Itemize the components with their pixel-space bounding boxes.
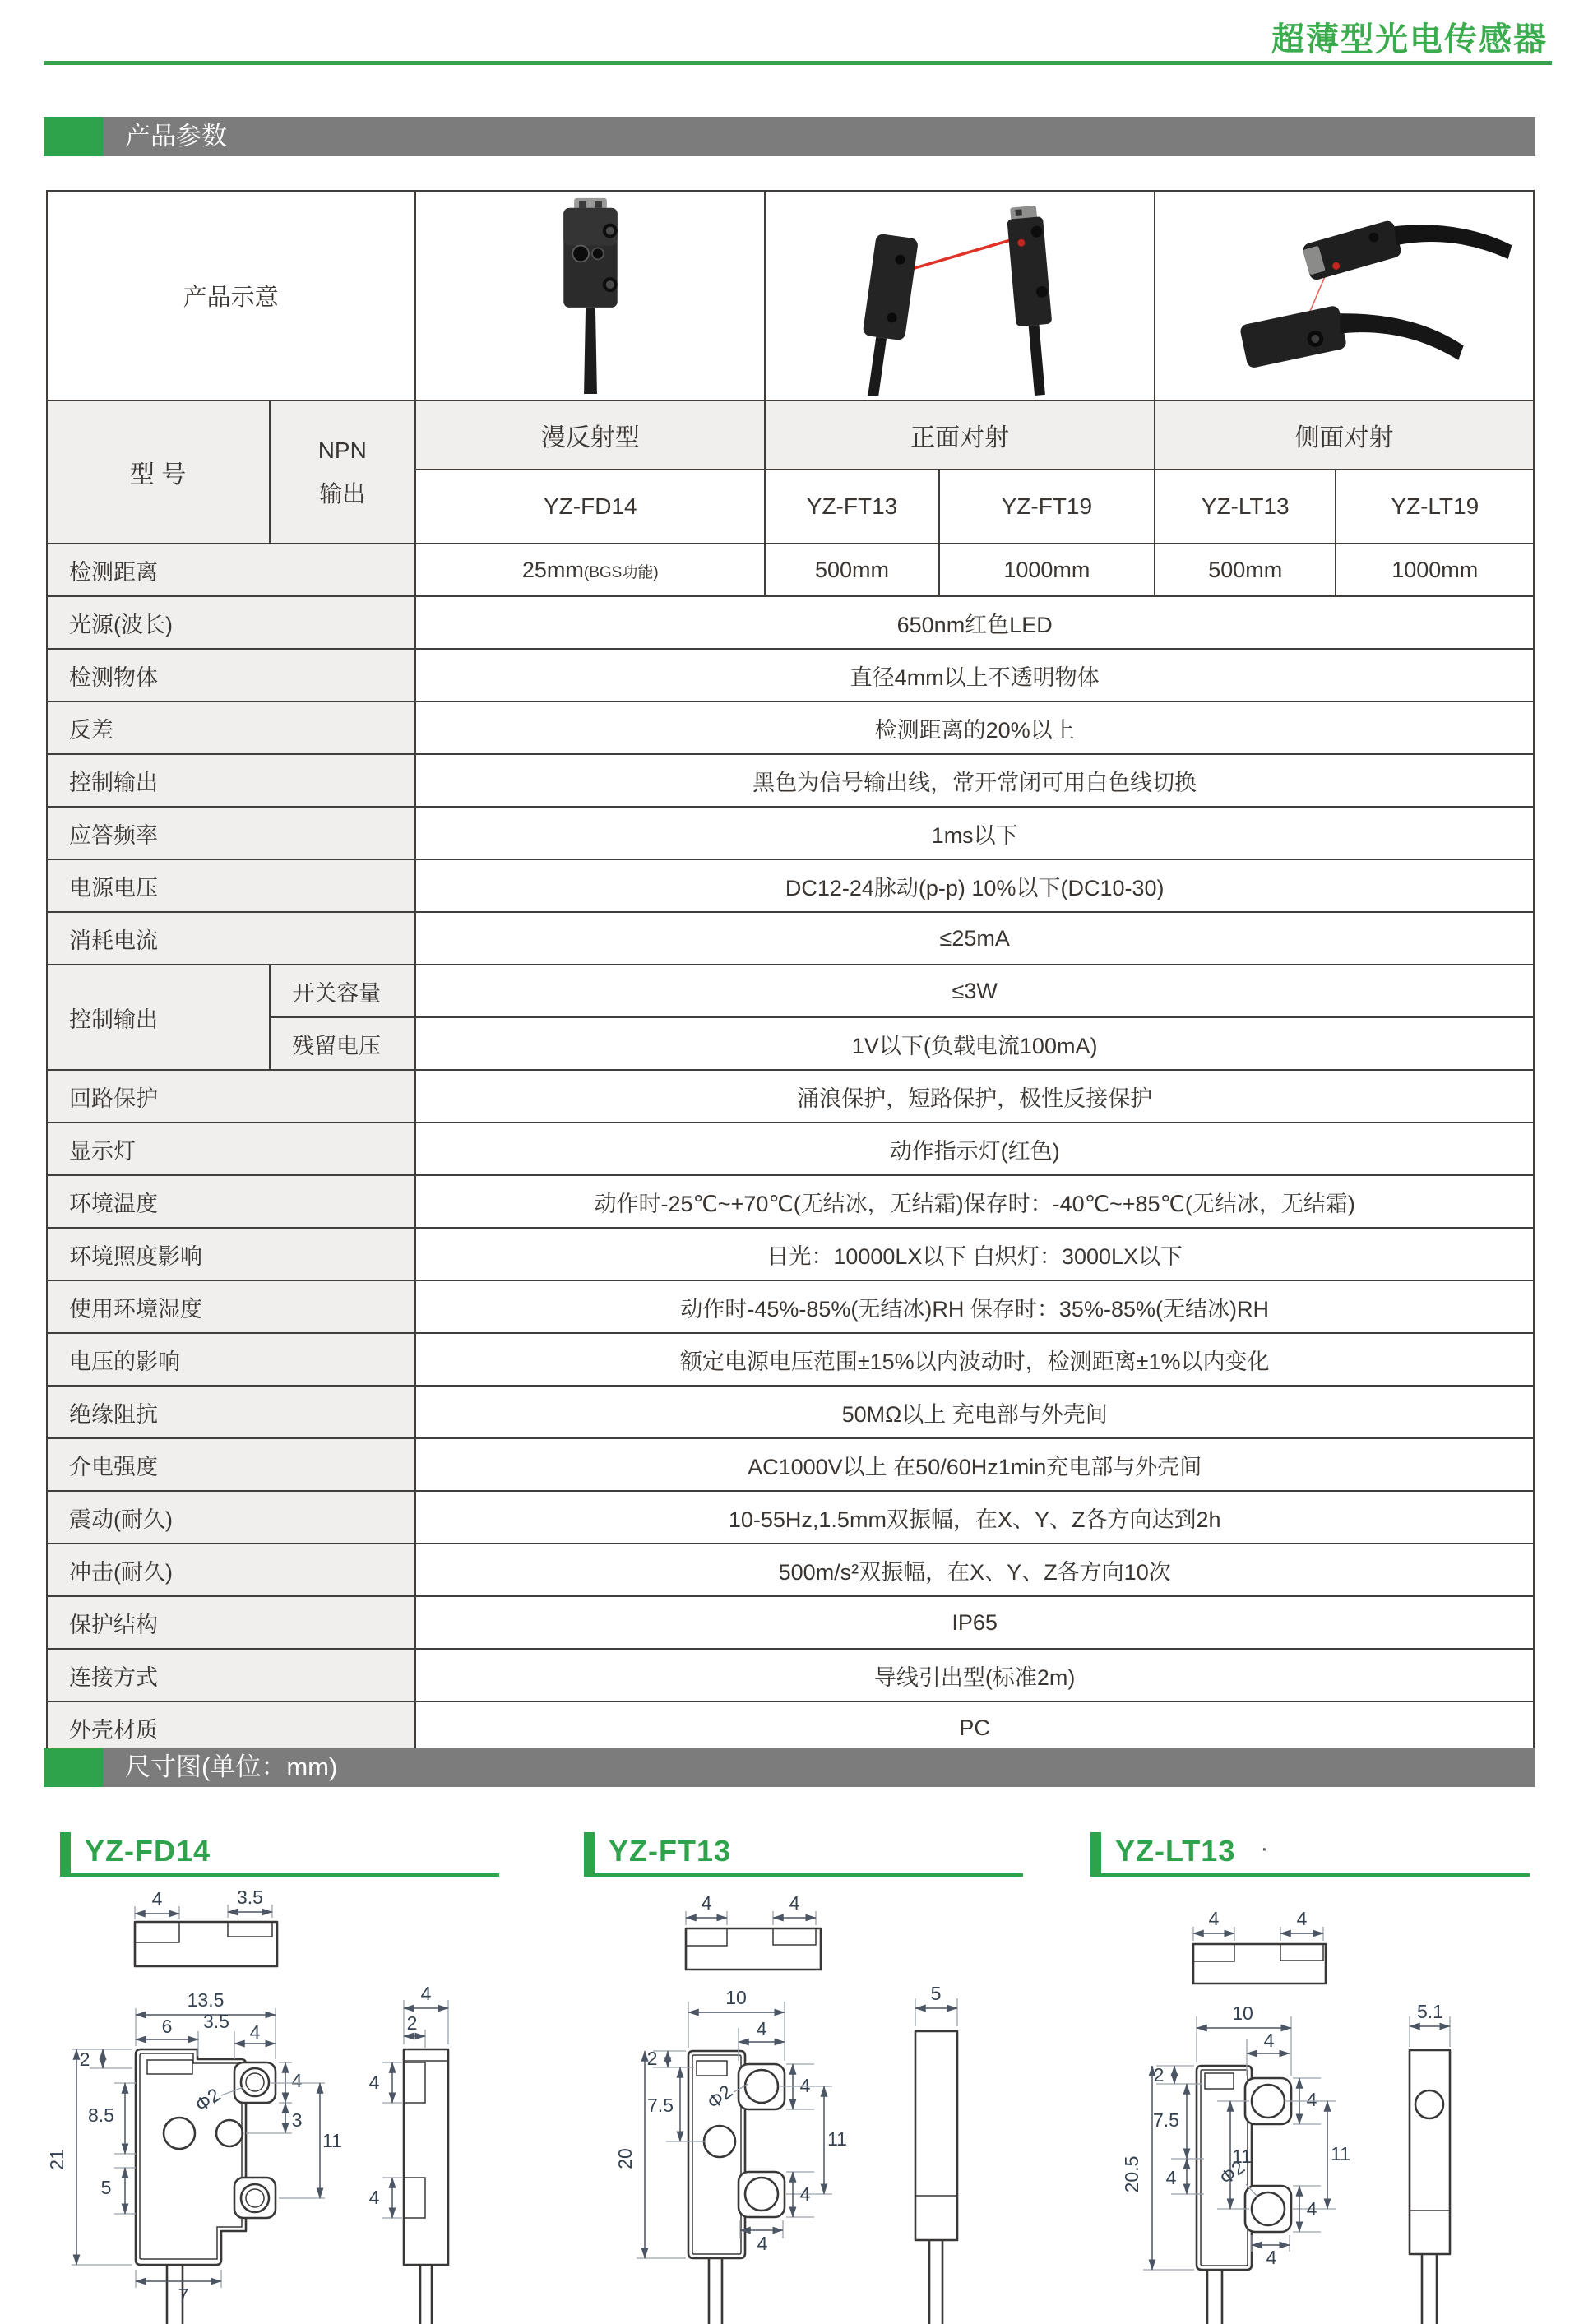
svg-text:4: 4: [800, 2183, 811, 2205]
table-row: 检测物体直径4mm以上不透明物体: [47, 649, 1534, 701]
spec-label: 连接方式: [47, 1649, 415, 1701]
spec-value: 动作时-45%-85%(无结冰)RH 保存时：35%-85%(无结冰)RH: [415, 1280, 1534, 1333]
svg-text:4: 4: [1307, 2089, 1317, 2110]
svg-text:4: 4: [1264, 2030, 1275, 2051]
product-illustration-label: 产品示意: [47, 191, 415, 400]
green-bar-icon: [1090, 1832, 1101, 1873]
spec-label: 绝缘阻抗: [47, 1386, 415, 1438]
page-title: 超薄型光电传感器: [1271, 13, 1548, 60]
green-square-icon: [44, 117, 103, 156]
drawing-title: YZ-LT13: [1115, 1832, 1235, 1870]
side-view: 5.1: [1410, 2001, 1450, 2324]
spec-sub-label: 残留电压: [270, 1017, 415, 1070]
table-row: 应答频率1ms以下: [47, 807, 1534, 859]
svg-text:4: 4: [369, 2072, 380, 2093]
spec-value: 500mm: [765, 544, 939, 596]
svg-text:4: 4: [1297, 1908, 1308, 1929]
table-row: 型 号 NPN 输出 漫反射型 正面对射 侧面对射: [47, 400, 1534, 470]
spec-label: 使用环境湿度: [47, 1280, 415, 1333]
top-view: 4 4: [686, 1892, 821, 1970]
spec-label: 外壳材质: [47, 1701, 415, 1754]
model-name: YZ-LT13: [1155, 470, 1336, 544]
section-banner-dims: 尺寸图(单位：mm): [44, 1748, 1535, 1787]
table-row: 检测距离25mm(BGS功能)500mm1000mm500mm1000mm: [47, 544, 1534, 596]
svg-text:7.5: 7.5: [647, 2095, 674, 2116]
svg-text:4: 4: [369, 2187, 380, 2208]
spec-label: 显示灯: [47, 1123, 415, 1175]
table-row: 使用环境湿度动作时-45%-85%(无结冰)RH 保存时：35%-85%(无结冰…: [47, 1280, 1534, 1333]
product-photo-cell: [415, 191, 765, 400]
product-photo-cell: [1155, 191, 1534, 400]
spec-value: 650nm红色LED: [415, 596, 1534, 649]
spec-label: 环境照度影响: [47, 1228, 415, 1280]
dimension-drawing-fd14: 4 3.5 13.5 6 3.5 4: [44, 1878, 537, 2324]
table-row: 保护结构IP65: [47, 1596, 1534, 1649]
table-row: 冲击(耐久)500m/s²双振幅，在X、Y、Z各方向10次: [47, 1544, 1534, 1596]
spec-value: 10-55Hz,1.5mm双振幅，在X、Y、Z各方向达到2h: [415, 1491, 1534, 1544]
spec-value: 动作时-25℃~+70℃(无结冰，无结霜)保存时：-40℃~+85℃(无结冰，无…: [415, 1175, 1534, 1228]
drawing-title-block: YZ-LT13 ·: [1090, 1832, 1530, 1877]
front-view: 10 4 2 7.5 20 Φ2 4 11 4 4: [614, 1987, 847, 2324]
spec-label: 电压的影响: [47, 1333, 415, 1386]
drawing-title: YZ-FD14: [85, 1832, 211, 1870]
header-rule: [44, 61, 1552, 65]
svg-text:Φ2: Φ2: [703, 2081, 737, 2113]
table-row: 控制输出黑色为信号输出线，常开常闭可用白色线切换: [47, 754, 1534, 807]
table-row: 电源电压DC12-24脉动(p-p) 10%以下(DC10-30): [47, 859, 1534, 912]
svg-text:3.5: 3.5: [237, 1887, 263, 1908]
output-line2: 输出: [271, 472, 414, 516]
spec-value: 50MΩ以上 充电部与外壳间: [415, 1386, 1534, 1438]
svg-text:20: 20: [614, 2148, 636, 2169]
drawing-title: YZ-FT13: [609, 1832, 731, 1870]
spec-value: PC: [415, 1701, 1534, 1754]
svg-text:4: 4: [250, 2021, 261, 2043]
table-row: 介电强度AC1000V以上 在50/60Hz1min充电部与外壳间: [47, 1438, 1534, 1491]
table-row: 产品示意: [47, 191, 1534, 400]
drawing-panel-lt13: YZ-LT13 · 4 4 11 Φ2: [1074, 1821, 1567, 2324]
output-type-cell: NPN 输出: [270, 400, 415, 544]
front-view: 11 Φ2 2 7.5 4 20.5 10 4 4 4: [1121, 2002, 1350, 2324]
svg-text:5: 5: [101, 2177, 112, 2198]
table-row: 外壳材质PC: [47, 1701, 1534, 1754]
sensor-type: 漫反射型: [415, 400, 765, 470]
spec-value: 检测距离的20%以上: [415, 701, 1534, 754]
svg-text:5.1: 5.1: [1417, 2001, 1443, 2022]
svg-text:3.5: 3.5: [203, 2011, 229, 2032]
table-row: 环境温度动作时-25℃~+70℃(无结冰，无结霜)保存时：-40℃~+85℃(无…: [47, 1175, 1534, 1228]
side-through-beam-sensors-photo: [1155, 192, 1534, 396]
spec-label: 介电强度: [47, 1438, 415, 1491]
spec-label: 消耗电流: [47, 912, 415, 965]
svg-text:3: 3: [292, 2109, 303, 2131]
svg-text:4: 4: [152, 1888, 163, 1910]
spec-label: 应答频率: [47, 807, 415, 859]
model-row-label: 型 号: [47, 400, 270, 544]
svg-text:2: 2: [80, 2049, 90, 2070]
drawing-panel-fd14: YZ-FD14 4 3.5 13.5: [44, 1821, 537, 2324]
svg-text:20.5: 20.5: [1121, 2156, 1142, 2193]
svg-text:10: 10: [1232, 2002, 1253, 2024]
spec-value: 直径4mm以上不透明物体: [415, 649, 1534, 701]
spec-label: 检测物体: [47, 649, 415, 701]
spec-value: 导线引出型(标准2m): [415, 1649, 1534, 1701]
drawing-title-block: YZ-FD14: [60, 1832, 499, 1877]
svg-text:4: 4: [1307, 2198, 1317, 2220]
svg-text:5: 5: [931, 1983, 942, 2004]
spec-label: 震动(耐久): [47, 1491, 415, 1544]
svg-text:2: 2: [1154, 2064, 1165, 2086]
spec-value-note: (BGS功能): [584, 564, 659, 581]
spec-label: 检测距离: [47, 544, 415, 596]
spec-value: 1ms以下: [415, 807, 1534, 859]
green-square-icon: [44, 1748, 103, 1787]
spec-value: ≤3W: [415, 965, 1534, 1017]
title-dot: ·: [1260, 1832, 1268, 1865]
section-title: 尺寸图(单位：mm): [125, 1748, 337, 1787]
svg-text:10: 10: [725, 1987, 747, 2008]
spec-label: 控制输出: [47, 754, 415, 807]
spec-label: 反差: [47, 701, 415, 754]
svg-text:11: 11: [1331, 2143, 1350, 2164]
section-title: 产品参数: [125, 117, 227, 156]
svg-text:4: 4: [1266, 2247, 1277, 2268]
svg-text:21: 21: [46, 2149, 67, 2170]
spec-value: DC12-24脉动(p-p) 10%以下(DC10-30): [415, 859, 1534, 912]
spec-table: 产品示意: [46, 190, 1535, 1755]
spec-value: 25mm(BGS功能): [415, 544, 765, 596]
dimension-drawing-lt13: 4 4 11 Φ2 2 7.5 4: [1074, 1878, 1567, 2324]
green-bar-icon: [584, 1832, 595, 1873]
spec-label: 保护结构: [47, 1596, 415, 1649]
svg-text:4: 4: [1166, 2167, 1177, 2188]
table-row: 环境照度影响日光：10000LX以下 白炽灯：3000LX以下: [47, 1228, 1534, 1280]
svg-text:4: 4: [757, 2018, 767, 2039]
drawing-title-block: YZ-FT13: [584, 1832, 1023, 1877]
front-view: 13.5 6 3.5 4 21 2 8.5 5 Φ2 4: [46, 1989, 342, 2324]
model-name: YZ-FT19: [939, 470, 1155, 544]
sensor-type: 侧面对射: [1155, 400, 1534, 470]
table-row: 连接方式导线引出型(标准2m): [47, 1649, 1534, 1701]
spec-label: 冲击(耐久): [47, 1544, 415, 1596]
spec-value: 500m/s²双振幅，在X、Y、Z各方向10次: [415, 1544, 1534, 1596]
svg-text:2: 2: [647, 2048, 658, 2069]
table-row: 电压的影响额定电源电压范围±15%以内波动时，检测距离±1%以内变化: [47, 1333, 1534, 1386]
front-through-beam-sensors-photo: [767, 192, 1152, 396]
output-line1: NPN: [271, 428, 414, 472]
spec-group-label: 控制输出: [47, 965, 270, 1070]
spec-value: 额定电源电压范围±15%以内波动时，检测距离±1%以内变化: [415, 1333, 1534, 1386]
table-row: 残留电压1V以下(负载电流100mA): [47, 1017, 1534, 1070]
svg-text:11: 11: [827, 2128, 847, 2150]
svg-text:2: 2: [407, 2012, 418, 2034]
svg-text:4: 4: [702, 1892, 712, 1914]
spec-value: 1000mm: [939, 544, 1155, 596]
table-row: 显示灯动作指示灯(红色): [47, 1123, 1534, 1175]
svg-text:4: 4: [800, 2075, 811, 2096]
side-view: 5: [915, 1983, 957, 2324]
model-name: YZ-FD14: [415, 470, 765, 544]
svg-text:11: 11: [322, 2130, 342, 2151]
svg-text:4: 4: [292, 2070, 303, 2091]
spec-value: 1V以下(负载电流100mA): [415, 1017, 1534, 1070]
table-row: 光源(波长)650nm红色LED: [47, 596, 1534, 649]
svg-text:4: 4: [789, 1892, 800, 1914]
sensor-type: 正面对射: [765, 400, 1155, 470]
spec-value: 500mm: [1155, 544, 1336, 596]
green-bar-icon: [60, 1832, 71, 1873]
spec-value: IP65: [415, 1596, 1534, 1649]
spec-label: 回路保护: [47, 1070, 415, 1123]
side-view: 4 2 4 4: [369, 1983, 448, 2324]
table-row: 回路保护涌浪保护，短路保护，极性反接保护: [47, 1070, 1534, 1123]
spec-value: ≤25mA: [415, 912, 1534, 965]
svg-text:Φ2: Φ2: [191, 2084, 224, 2116]
dimension-drawing-ft13: 4 4 10 4 2 7.5: [567, 1878, 1061, 2324]
svg-text:4: 4: [757, 2233, 768, 2254]
spec-value: AC1000V以上 在50/60Hz1min充电部与外壳间: [415, 1438, 1534, 1491]
svg-text:4: 4: [421, 1983, 432, 2004]
spec-value: 涌浪保护，短路保护，极性反接保护: [415, 1070, 1534, 1123]
svg-text:7.5: 7.5: [1153, 2109, 1179, 2131]
svg-text:6: 6: [162, 2016, 173, 2037]
section-banner-params: 产品参数: [44, 117, 1535, 156]
spec-value-main: 25mm: [522, 558, 584, 582]
spec-label: 电源电压: [47, 859, 415, 912]
spec-label: 环境温度: [47, 1175, 415, 1228]
model-name: YZ-FT13: [765, 470, 939, 544]
table-row: 绝缘阻抗50MΩ以上 充电部与外壳间: [47, 1386, 1534, 1438]
top-view: 4 3.5: [135, 1887, 277, 1966]
spec-value: 动作指示灯(红色): [415, 1123, 1534, 1175]
spec-value: 日光：10000LX以下 白炽灯：3000LX以下: [415, 1228, 1534, 1280]
svg-text:4: 4: [1209, 1908, 1220, 1929]
svg-text:13.5: 13.5: [188, 1989, 225, 2011]
diffuse-reflective-sensor-photo: [419, 192, 762, 396]
table-row: 反差检测距离的20%以上: [47, 701, 1534, 754]
product-photo-cell: [765, 191, 1155, 400]
spec-sub-label: 开关容量: [270, 965, 415, 1017]
table-row: 控制输出开关容量≤3W: [47, 965, 1534, 1017]
model-name: YZ-LT19: [1336, 470, 1534, 544]
top-view: 4 4: [1193, 1908, 1326, 1984]
svg-text:8.5: 8.5: [88, 2104, 114, 2126]
table-row: 震动(耐久)10-55Hz,1.5mm双振幅，在X、Y、Z各方向达到2h: [47, 1491, 1534, 1544]
spec-label: 光源(波长): [47, 596, 415, 649]
table-row: 消耗电流≤25mA: [47, 912, 1534, 965]
svg-text:7: 7: [178, 2285, 189, 2306]
spec-value: 黑色为信号输出线，常开常闭可用白色线切换: [415, 754, 1534, 807]
spec-value: 1000mm: [1336, 544, 1534, 596]
drawing-panel-ft13: YZ-FT13 4 4 10: [567, 1821, 1061, 2324]
